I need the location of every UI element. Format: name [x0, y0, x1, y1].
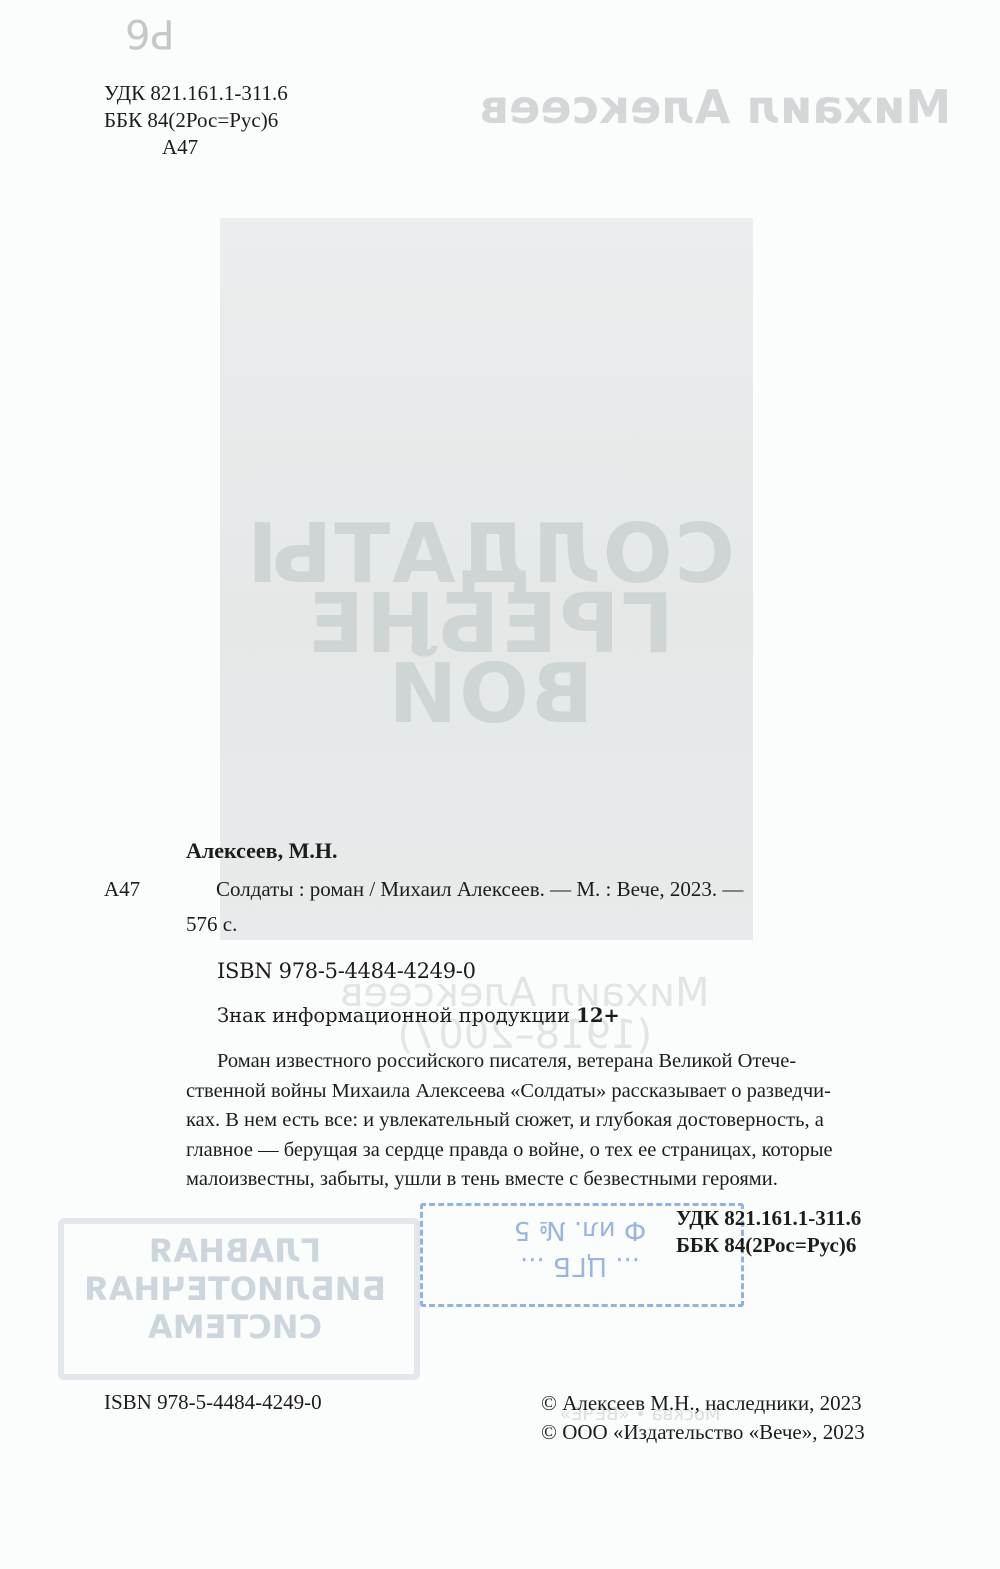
- record-author: Алексеев, М.Н.: [186, 838, 337, 864]
- classification-bottom: УДК 821.161.1-311.6 ББК 84(2Рос=Рус)6: [676, 1205, 861, 1259]
- record-pages: 576 с.: [186, 911, 237, 937]
- annotation: Роман известного российского писателя, в…: [186, 1047, 911, 1195]
- annotation-line: малоизвестны, забыты, ушли в тень вместе…: [186, 1165, 911, 1195]
- copyright-line: © ООО «Издательство «Вече», 2023: [541, 1418, 865, 1447]
- udk-code: УДК 821.161.1-311.6: [104, 80, 288, 107]
- author-sign: А47: [104, 134, 288, 161]
- library-stamp-line: БИБЛИОТЕЧНАЯ: [70, 1270, 400, 1308]
- annotation-line: главное — берущая за сердце правда о вой…: [186, 1136, 911, 1166]
- library-stamp-text: ГЛАВНАЯ БИБЛИОТЕЧНАЯ СИСТЕМА: [70, 1232, 400, 1346]
- bbk-code-bottom: ББК 84(2Рос=Рус)6: [676, 1232, 861, 1259]
- copyright-line: © Алексеев М.Н., наследники, 2023: [541, 1389, 865, 1418]
- annotation-line: ках. В нем есть все: и увлекательный сюж…: [186, 1106, 911, 1136]
- library-stamp-line: ГЛАВНАЯ: [70, 1232, 400, 1270]
- bleed-through-cover-title: СОЛДАТЫ ГРЕБНЕ ВОЙ: [230, 520, 750, 730]
- library-stamp-line: СИСТЕМА: [70, 1308, 400, 1346]
- age-rating-label: Знак информационной продукции: [217, 1004, 570, 1027]
- age-rating-value: 12+: [576, 1004, 619, 1027]
- bleed-through-title-line: ГРЕБНЕ ВОЙ: [230, 590, 750, 730]
- record-author-sign: А47: [104, 876, 140, 902]
- age-rating-sign: Знак информационной продукции 12+: [217, 1003, 620, 1029]
- bbk-code: ББК 84(2Рос=Рус)6: [104, 107, 288, 134]
- annotation-line: Роман известного российского писателя, в…: [186, 1047, 911, 1077]
- footer-isbn: ISBN 978-5-4484-4249-0: [104, 1389, 322, 1415]
- bleed-through-author: Михаил Алексеев: [480, 80, 951, 134]
- record-description: Солдаты : роман / Михаил Алексеев. — М. …: [216, 876, 743, 902]
- annotation-line: ственной войны Михаила Алексеева «Солдат…: [186, 1077, 911, 1107]
- classification-header: УДК 821.161.1-311.6 ББК 84(2Рос=Рус)6 А4…: [104, 80, 288, 161]
- copyright-block: © Алексеев М.Н., наследники, 2023 © ООО …: [541, 1389, 865, 1447]
- pencil-handwritten-mark: Р6: [125, 10, 175, 56]
- record-isbn: ISBN 978-5-4484-4249-0: [217, 958, 476, 984]
- udk-code-bottom: УДК 821.161.1-311.6: [676, 1205, 861, 1232]
